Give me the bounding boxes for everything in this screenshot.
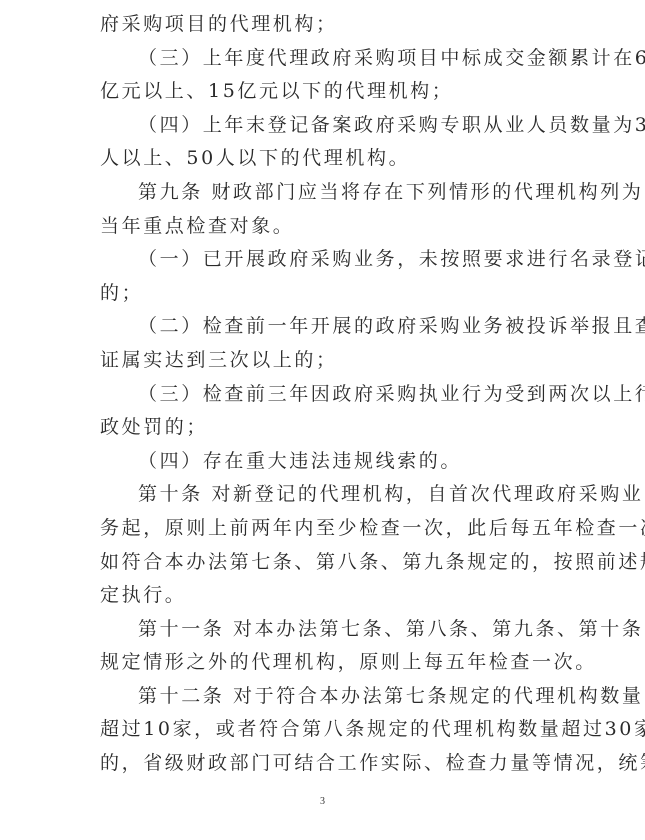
text-line: 第十二条 对于符合本办法第七条规定的代理机构数量 bbox=[100, 680, 562, 714]
text-line: （三）上年度代理政府采购项目中标成交金额累计在6 bbox=[100, 42, 562, 76]
text-line: （四）存在重大违法违规线索的。 bbox=[100, 445, 562, 479]
text-line: 第九条 财政部门应当将存在下列情形的代理机构列为 bbox=[100, 176, 562, 210]
text-line: 定执行。 bbox=[100, 579, 562, 613]
text-line: 第十一条 对本办法第七条、第八条、第九条、第十条 bbox=[100, 613, 562, 647]
text-line: 务起，原则上前两年内至少检查一次，此后每五年检查一次， bbox=[100, 512, 562, 546]
text-line: 府采购项目的代理机构； bbox=[100, 8, 562, 42]
document-body: 府采购项目的代理机构；（三）上年度代理政府采购项目中标成交金额累计在6亿元以上、… bbox=[100, 8, 562, 781]
document-page: 府采购项目的代理机构；（三）上年度代理政府采购项目中标成交金额累计在6亿元以上、… bbox=[0, 0, 645, 840]
text-line: 规定情形之外的代理机构，原则上每五年检查一次。 bbox=[100, 646, 562, 680]
text-line: 当年重点检查对象。 bbox=[100, 210, 562, 244]
text-line: 超过10家，或者符合第八条规定的代理机构数量超过30家 bbox=[100, 713, 562, 747]
text-line: 的； bbox=[100, 277, 562, 311]
text-line: 亿元以上、15亿元以下的代理机构； bbox=[100, 75, 562, 109]
text-line: 人以上、50人以下的代理机构。 bbox=[100, 142, 562, 176]
text-line: 如符合本办法第七条、第八条、第九条规定的，按照前述规 bbox=[100, 546, 562, 580]
text-line: 政处罚的； bbox=[100, 411, 562, 445]
text-line: 证属实达到三次以上的； bbox=[100, 344, 562, 378]
page-number: 3 bbox=[0, 796, 645, 807]
text-line: 第十条 对新登记的代理机构，自首次代理政府采购业 bbox=[100, 478, 562, 512]
text-line: （三）检查前三年因政府采购执业行为受到两次以上行 bbox=[100, 378, 562, 412]
text-line: （一）已开展政府采购业务，未按照要求进行名录登记 bbox=[100, 243, 562, 277]
text-line: 的，省级财政部门可结合工作实际、检查力量等情况，统筹 bbox=[100, 747, 562, 781]
text-line: （二）检查前一年开展的政府采购业务被投诉举报且查 bbox=[100, 310, 562, 344]
text-line: （四）上年末登记备案政府采购专职从业人员数量为30 bbox=[100, 109, 562, 143]
